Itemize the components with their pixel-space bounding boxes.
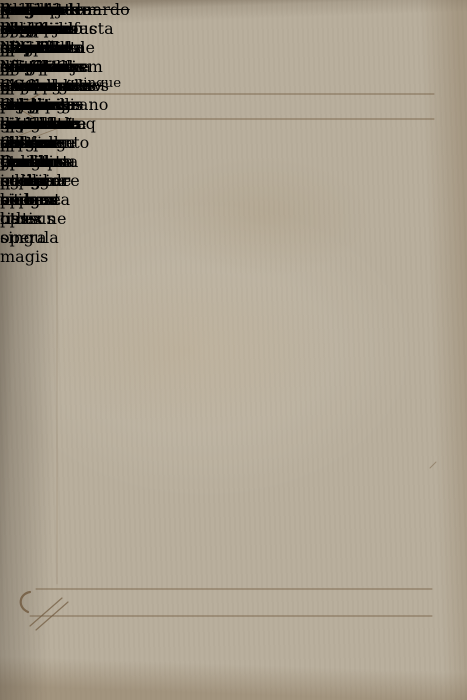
strikethrough-mark: pelis xyxy=(45,95,83,114)
manuscript-photo: xxxxbiij pridie kls julij año dñi · M · … xyxy=(0,0,467,700)
bracket-mark xyxy=(21,592,30,612)
manuscript-line: a complicibus levam ut de bermundo de ro… xyxy=(0,0,97,171)
slash-marks xyxy=(30,598,68,630)
margin-tick xyxy=(430,462,436,468)
manuscript-page: xxxxbiij pridie kls julij año dñi · M · … xyxy=(0,0,467,700)
heading2-rules xyxy=(30,589,432,616)
